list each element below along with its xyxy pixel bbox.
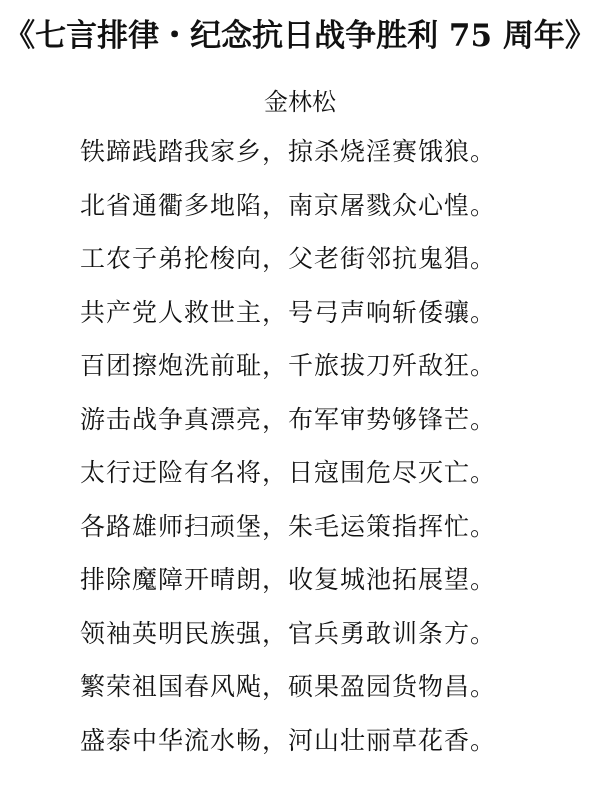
poem-line: 共产党人救世主，号弓声响斩倭骧。 [80, 291, 496, 345]
poem-line: 各路雄师扫顽堡，朱毛运策指挥忙。 [80, 505, 496, 559]
poem-line: 工农子弟抡梭向，父老街邻抗鬼猖。 [80, 237, 496, 291]
poem-line: 领袖英明民族强，官兵勇敢训条方。 [80, 612, 496, 666]
poem-line: 盛泰中华流水畅，河山壮丽草花香。 [80, 719, 496, 773]
poem-title: 《七言排律・纪念抗日战争胜利 75 周年》 [0, 10, 600, 55]
poem-line: 游击战争真漂亮，布军审势够锋芒。 [80, 398, 496, 452]
poem-line: 北省通衢多地陷，南京屠戮众心惶。 [80, 184, 496, 238]
poem-line: 排除魔障开晴朗，收复城池拓展望。 [80, 558, 496, 612]
poem-body: 铁蹄践踏我家乡，掠杀烧淫赛饿狼。 北省通衢多地陷，南京屠戮众心惶。 工农子弟抡梭… [80, 130, 496, 772]
poem-line: 百团擦炮洗前耻，千旅拔刀歼敌狂。 [80, 344, 496, 398]
poem-line: 太行迂险有名将，日寇围危尽灭亡。 [80, 451, 496, 505]
poem-line: 铁蹄践踏我家乡，掠杀烧淫赛饿狼。 [80, 130, 496, 184]
poem-author: 金林松 [0, 82, 600, 117]
poem-line: 繁荣祖国春风飐，硕果盈园货物昌。 [80, 665, 496, 719]
